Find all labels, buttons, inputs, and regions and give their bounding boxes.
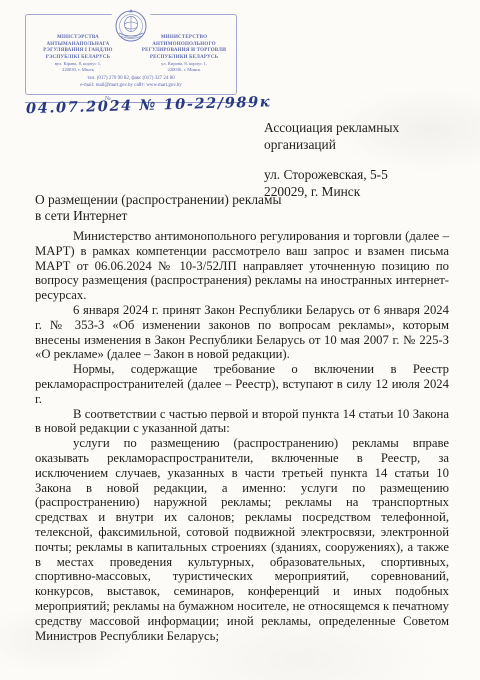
- recipient-name: Ассоциация рекламных организаций: [264, 120, 456, 153]
- ministry-phone-fax: тел. (017) 270 90 82, факс (017) 327 24 …: [29, 76, 233, 83]
- ministry-email-site: e-mail: mail@mart.gov.by сайт: www.mart.…: [29, 83, 233, 90]
- recipient-block: Ассоциация рекламных организаций ул. Сто…: [264, 120, 456, 200]
- recipient-city: 220029, г. Минск: [264, 184, 456, 201]
- body-paragraph: Министерство антимонопольного регулирова…: [35, 229, 449, 303]
- body-paragraph: услуги по размещению (распространению) р…: [35, 436, 449, 643]
- letter-subject: О размещении (распространении) рекламы в…: [35, 192, 283, 224]
- coat-of-arms-icon: [109, 3, 153, 47]
- body-paragraph: В соответствии с частью первой и второй …: [35, 407, 449, 437]
- ministry-line: РЭГУЛЯВАННЯ І ГАНДЛЮ: [29, 48, 127, 55]
- ministry-line: РЕГУЛИРОВАНИЯ И ТОРГОВЛИ: [135, 48, 233, 55]
- letterhead-stamp-border: МІНІСТЭРСТВА АНТЫМАНАПОЛЬНАГА РЭГУЛЯВАНН…: [25, 14, 237, 95]
- letter-body: Министерство антимонопольного регулирова…: [35, 229, 449, 643]
- ministry-line: РЕСПУБЛИКИ БЕЛАРУСЬ: [135, 55, 233, 62]
- ministry-contacts: тел. (017) 270 90 82, факс (017) 327 24 …: [29, 76, 233, 89]
- scanned-letter-page: МІНІСТЭРСТВА АНТЫМАНАПОЛЬНАГА РЭГУЛЯВАНН…: [0, 0, 480, 680]
- recipient-street: ул. Сторожевская, 5-5: [264, 167, 456, 184]
- ministry-address: 220030, г. Минск: [135, 67, 233, 73]
- body-paragraph: Нормы, содержащие требование о включении…: [35, 362, 449, 406]
- letterhead-stamp: МІНІСТЭРСТВА АНТЫМАНАПОЛЬНАГА РЭГУЛЯВАНН…: [25, 14, 237, 95]
- body-paragraph: 6 января 2024 г. принят Закон Республики…: [35, 303, 449, 362]
- ministry-address: 220030, г. Мінск: [29, 67, 127, 73]
- ministry-line: РЭСПУБЛІКІ БЕЛАРУСЬ: [29, 55, 127, 62]
